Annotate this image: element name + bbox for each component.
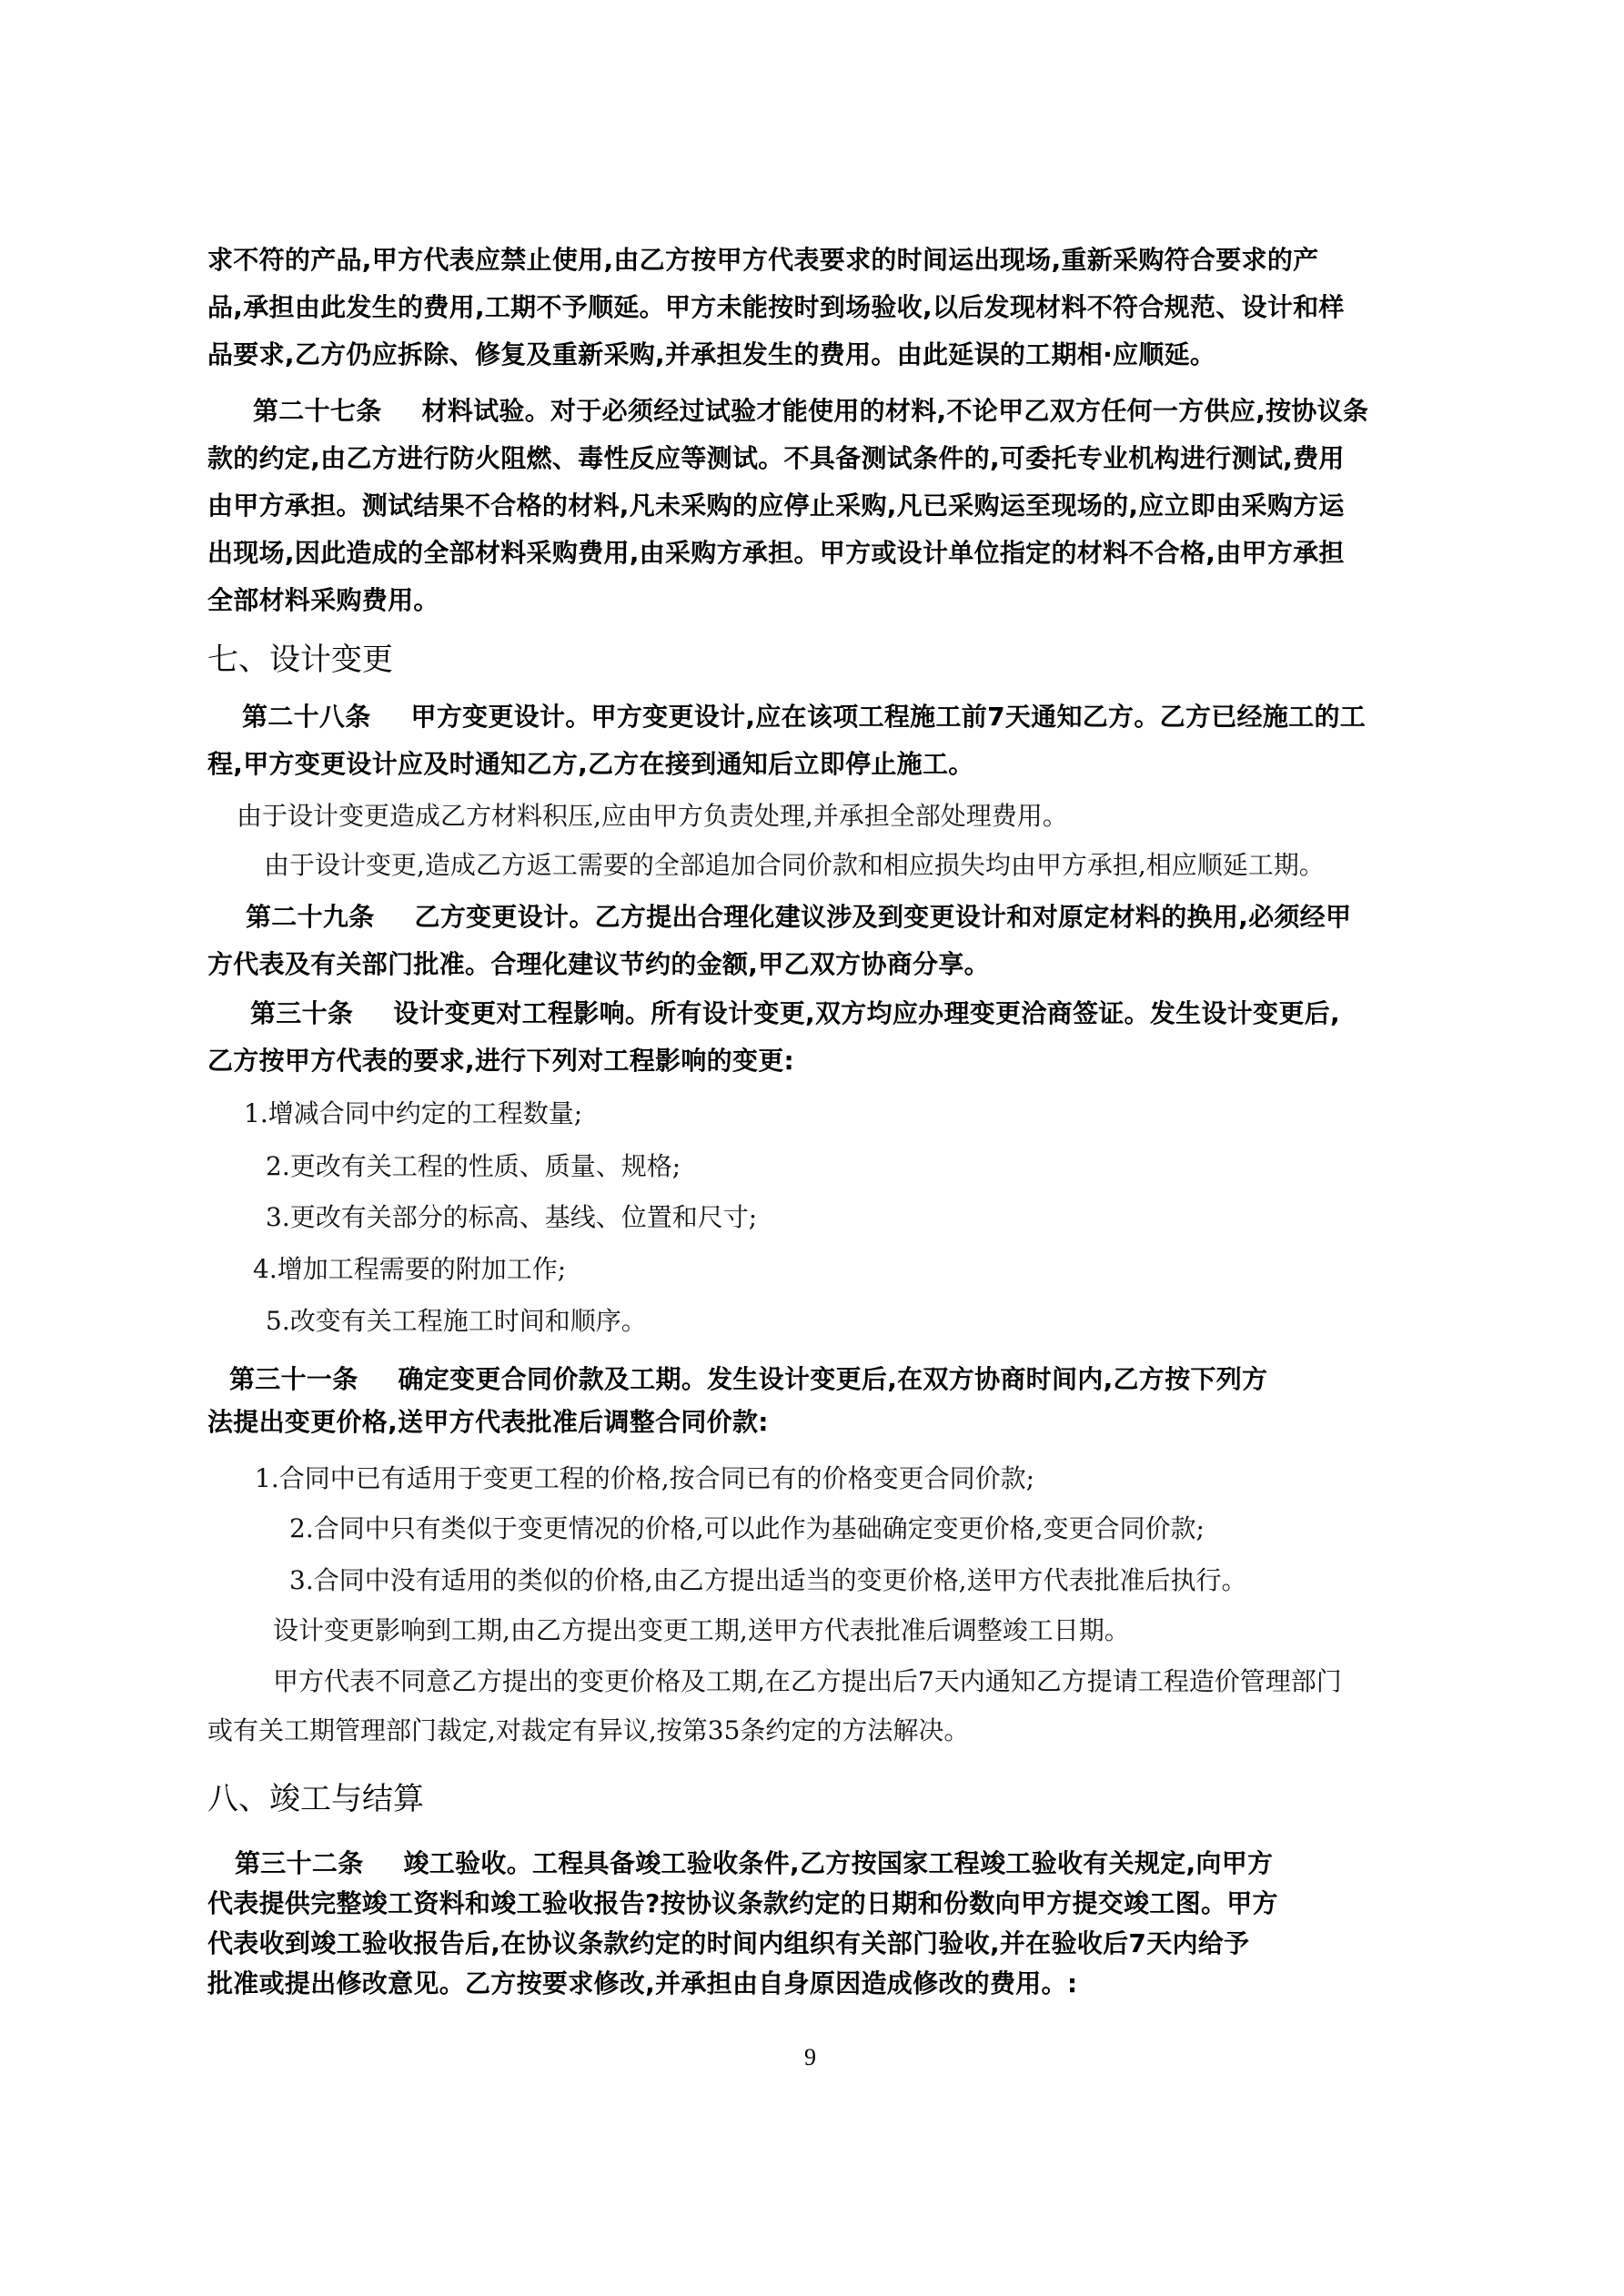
paragraph-line: 由甲方承担。测试结果不合格的材料,凡未采购的应停止采购,凡已采购运至现场的,应立…	[207, 493, 1345, 519]
list-item: 1.增减合同中约定的工程数量;	[244, 1101, 582, 1127]
article-28-first-line: 第二十八条甲方变更设计。甲方变更设计,应在该项工程施工前7天通知乙方。乙方已经施…	[242, 704, 1366, 730]
article-29-first-line: 第二十九条乙方变更设计。乙方提出合理化建议涉及到变更设计和对原定材料的换用,必须…	[246, 905, 1351, 930]
article-number: 第二十九条	[246, 902, 375, 932]
list-item: 3.合同中没有适用的类似的价格,由乙方提出适当的变更价格,送甲方代表批准后执行。	[289, 1568, 1247, 1593]
article-title: 竣工验收。	[404, 1848, 533, 1878]
paragraph-line: 由于设计变更,造成乙方返工需要的全部追加合同价款和相应损失均由甲方承担,相应顺延…	[264, 853, 1325, 878]
article-number: 第三十条	[250, 998, 353, 1028]
article-31-first-line: 第三十一条确定变更合同价款及工期。发生设计变更后,在双方协商时间内,乙方按下列方	[229, 1367, 1267, 1392]
article-27-first-line: 第二十七条材料试验。对于必须经过试验才能使用的材料,不论甲乙双方任何一方供应,按…	[253, 399, 1368, 424]
article-number: 第三十一条	[229, 1364, 358, 1394]
list-item: 5.改变有关工程施工时间和顺序。	[266, 1309, 647, 1334]
paragraph-line: 品,承担由此发生的费用,工期不予顺延。甲方未能按时到场验收,以后发现材料不符合规…	[207, 295, 1345, 320]
article-number: 第二十八条	[242, 702, 371, 732]
list-item: 2.更改有关工程的性质、质量、规格;	[266, 1154, 681, 1179]
paragraph-line: 品要求,乙方仍应拆除、修复及重新采购,并承担发生的费用。由此延误的工期相·应顺延…	[207, 342, 1215, 368]
paragraph-line: 程,甲方变更设计应及时通知乙方,乙方在接到通知后立即停止施工。	[207, 752, 974, 777]
paragraph-line: 代表收到竣工验收报告后,在协议条款约定的时间内组织有关部门验收,并在验收后7天内…	[207, 1931, 1249, 1957]
section-heading: 七、设计变更	[207, 644, 393, 675]
paragraph-line: 批准或提出修改意见。乙方按要求修改,并承担由自身原因造成修改的费用。:	[207, 1971, 1077, 1997]
article-title: 甲方变更设计。	[411, 702, 591, 732]
paragraph-line: 出现场,因此造成的全部材料采购费用,由采购方承担。甲方或设计单位指定的材料不合格…	[207, 541, 1345, 566]
paragraph-line: 求不符的产品,甲方代表应禁止使用,由乙方按甲方代表要求的时间运出现场,重新采购符…	[207, 248, 1318, 273]
section-heading: 八、竣工与结算	[207, 1784, 424, 1815]
paragraph-line: 或有关工期管理部门裁定,对裁定有异议,按第35条约定的方法解决。	[207, 1718, 969, 1744]
article-title: 乙方变更设计。	[415, 902, 595, 932]
paragraph-line: 甲方代表不同意乙方提出的变更价格及工期,在乙方提出后7天内通知乙方提请工程造价管…	[273, 1669, 1342, 1694]
paragraph-line: 全部材料采购费用。	[207, 588, 439, 613]
paragraph-line: 设计变更影响到工期,由乙方提出变更工期,送甲方代表批准后调整竣工日期。	[273, 1618, 1130, 1644]
paragraph-line: 款的约定,由乙方进行防火阻燃、毒性反应等测试。不具备测试条件的,可委托专业机构进…	[207, 446, 1345, 471]
article-number: 第三十二条	[235, 1848, 364, 1878]
list-item: 4.增加工程需要的附加工作;	[253, 1257, 566, 1282]
list-item: 1.合同中已有适用于变更工程的价格,按合同已有的价格变更合同价款;	[255, 1466, 1034, 1492]
article-title: 材料试验。	[422, 396, 551, 426]
article-30-first-line: 第三十条设计变更对工程影响。所有设计变更,双方均应办理变更洽商签证。发生设计变更…	[250, 1001, 1340, 1027]
article-number: 第二十七条	[253, 396, 382, 426]
document-page: 求不符的产品,甲方代表应禁止使用,由乙方按甲方代表要求的时间运出现场,重新采购符…	[0, 0, 1624, 2296]
list-item: 2.合同中只有类似于变更情况的价格,可以此作为基础确定变更价格,变更合同价款;	[289, 1516, 1205, 1542]
paragraph-line: 乙方按甲方代表的要求,进行下列对工程影响的变更:	[207, 1048, 794, 1074]
paragraph-line: 代表提供完整竣工资料和竣工验收报告?按协议条款约定的日期和份数向甲方提交竣工图。…	[207, 1891, 1278, 1917]
paragraph-line: 法提出变更价格,送甲方代表批准后调整合同价款:	[207, 1410, 769, 1435]
article-title: 设计变更对工程影响。	[393, 998, 651, 1028]
paragraph-line: 由于设计变更造成乙方材料积压,应由甲方负责处理,并承担全部处理费用。	[237, 804, 1068, 829]
paragraph-line: 方代表及有关部门批准。合理化建议节约的金额,甲乙双方协商分享。	[207, 952, 990, 977]
page-number: 9	[804, 2046, 816, 2069]
list-item: 3.更改有关部分的标高、基线、位置和尺寸;	[266, 1205, 757, 1230]
article-32-first-line: 第三十二条竣工验收。工程具备竣工验收条件,乙方按国家工程竣工验收有关规定,向甲方	[235, 1851, 1273, 1876]
article-title: 确定变更合同价款及工期。	[398, 1364, 708, 1394]
